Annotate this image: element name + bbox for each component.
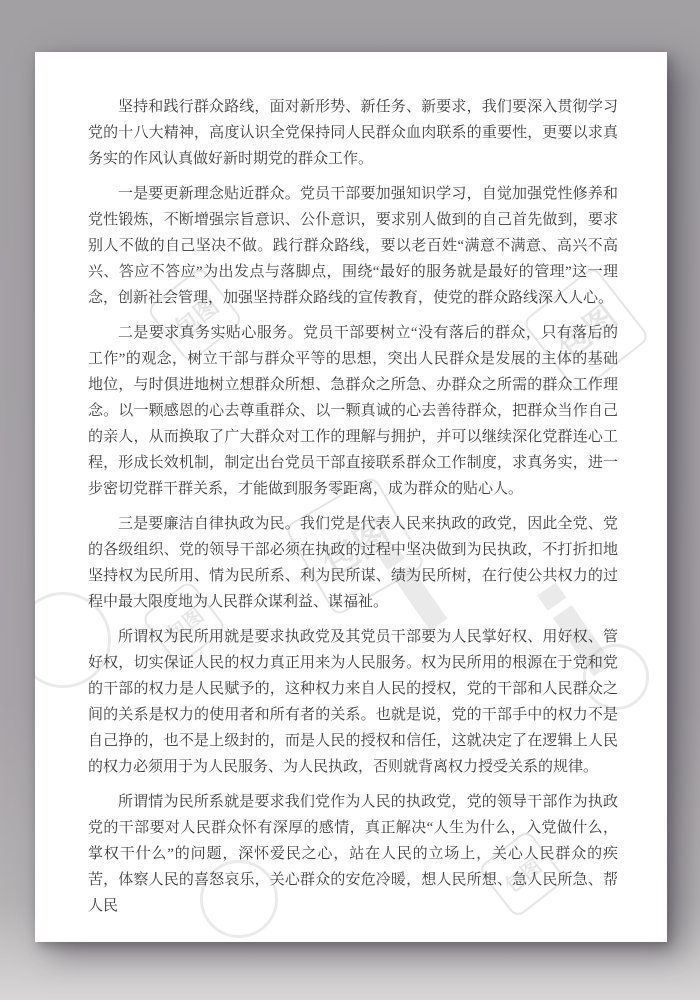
paragraph-point-2: 二是要求真务实贴心服务。党员干部要树立“没有落后的群众，只有落后的工作”的观念，… bbox=[88, 320, 618, 502]
document-content: 坚持和践行群众路线，面对新形势、新任务、新要求，我们要深入贯彻学习党的十八大精神… bbox=[88, 94, 618, 919]
paragraph-feelings-for-people: 所谓情为民所系就是要求我们党作为人民的执政党，党的领导干部作为执政党的干部要对人… bbox=[88, 789, 618, 919]
paragraph-power-for-people: 所谓权为民所用就是要求执政党及其党员干部要为人民掌好权、用好权、管好权，切实保证… bbox=[88, 624, 618, 780]
paragraph-point-3: 三是要廉洁自律执政为民。我们党是代表人民来执政的政党，因此全党、党的各级组织、党… bbox=[88, 511, 618, 615]
gray-backdrop: 包图 包图 包图 i i 包图 包图 坚持和践行群众路线，面对新形势、新任务、新… bbox=[0, 0, 700, 1000]
document-page: 包图 包图 包图 i i 包图 包图 坚持和践行群众路线，面对新形势、新任务、新… bbox=[35, 52, 667, 942]
paragraph-point-1: 一是要更新理念贴近群众。党员干部要加强知识学习，自觉加强党性修养和党性锻炼，不断… bbox=[88, 181, 618, 311]
paragraph-intro: 坚持和践行群众路线，面对新形势、新任务、新要求，我们要深入贯彻学习党的十八大精神… bbox=[88, 94, 618, 172]
